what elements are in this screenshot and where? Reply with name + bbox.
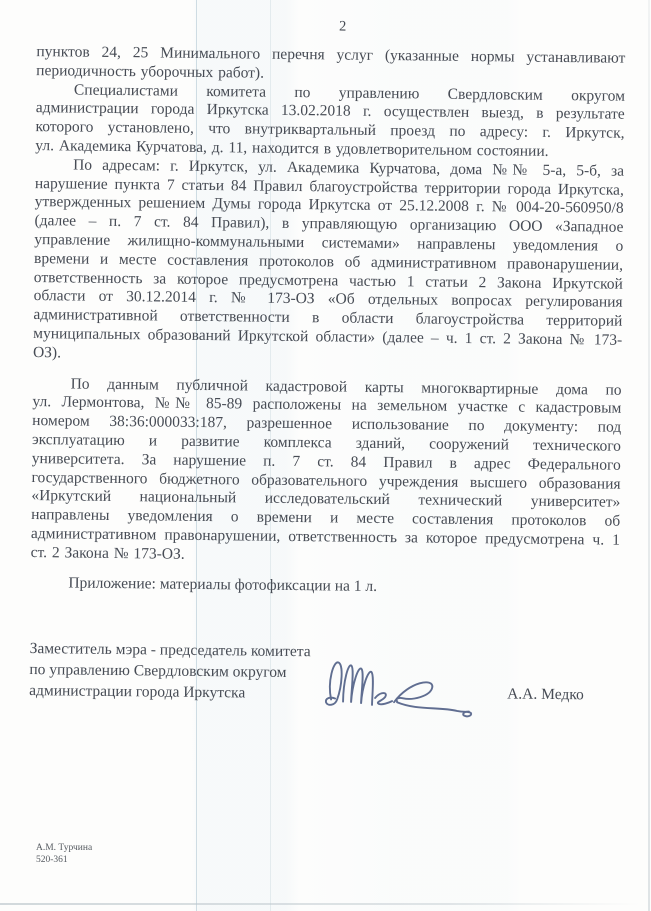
scan-edge-shadow-bottom (0, 903, 640, 905)
paragraph: Специалистами комитета по управлению Све… (35, 81, 625, 163)
executor-name: А.М. Турчина (36, 843, 92, 855)
executor-phone: 520-361 (36, 855, 92, 867)
executor-footer: А.М. Турчина 520-361 (36, 843, 92, 866)
document-content: 2 пунктов 24, 25 Минимального перечня ус… (0, 0, 651, 731)
attachment-line: Приложение: материалы фотофиксации на 1 … (30, 573, 619, 599)
document-body: пунктов 24, 25 Минимального перечня услу… (0, 32, 651, 570)
handwritten-signature-icon (317, 647, 496, 723)
signature-block: Заместитель мэра - председатель комитета… (29, 638, 619, 731)
document-page: 2 пунктов 24, 25 Минимального перечня ус… (0, 0, 651, 911)
paragraph: пунктов 24, 25 Минимального перечня услу… (36, 43, 625, 87)
paragraph: По адресам: г. Иркутск, ул. Академика Ку… (33, 156, 624, 369)
signatory-name: А.А. Медко (507, 685, 584, 704)
paragraph: По данным публичной кадастровой карты мн… (31, 375, 622, 570)
